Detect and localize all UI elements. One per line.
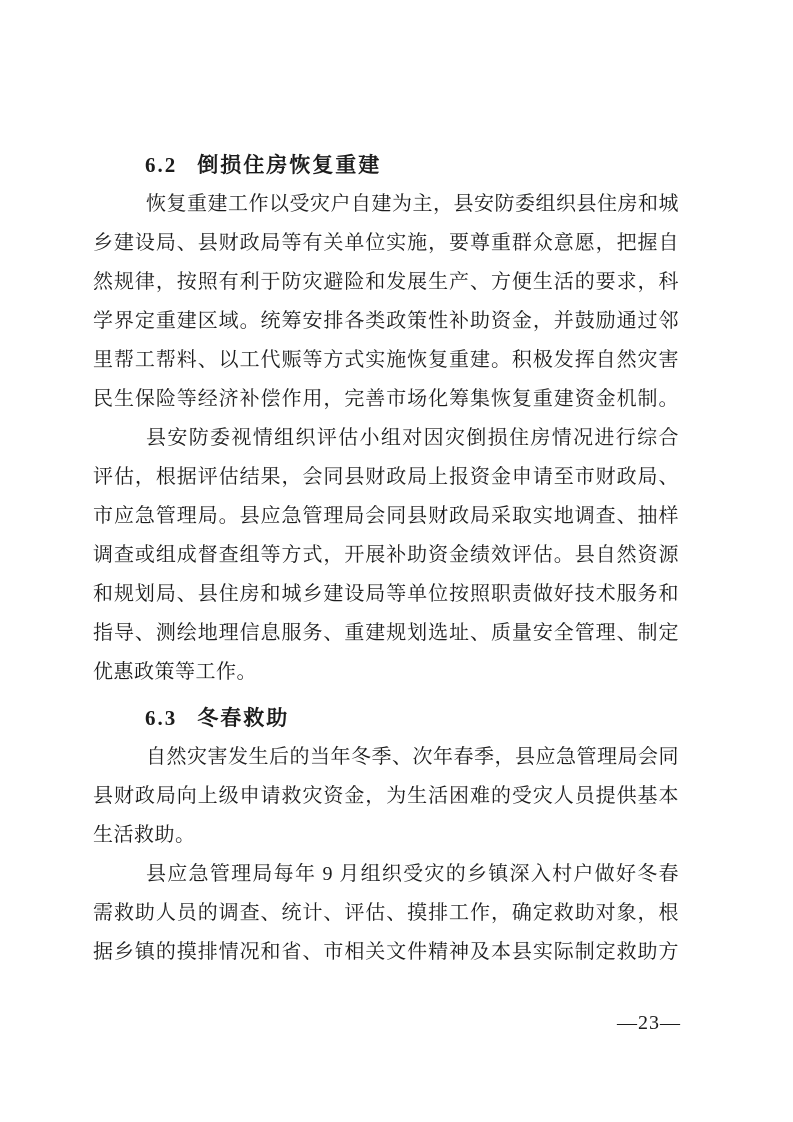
document-body: 6.2倒损住房恢复重建 恢复重建工作以受灾户自建为主，县安防委组织县住房和城 乡… — [93, 146, 679, 972]
section-title: 冬春救助 — [197, 706, 289, 730]
section-heading-6-2: 6.2倒损住房恢复重建 — [93, 146, 679, 185]
page-number: —23— — [617, 1008, 681, 1038]
section-heading-6-3: 6.3冬春救助 — [93, 699, 679, 738]
paragraph-line: 乡建设局、县财政局等有关单位实施，要尊重群众意愿，把握自 — [93, 224, 679, 263]
paragraph-line: 里帮工帮料、以工代赈等方式实施恢复重建。积极发挥自然灾害 — [93, 341, 679, 380]
paragraph-line: 县财政局向上级申请救灾资金，为生活困难的受灾人员提供基本 — [93, 777, 679, 816]
paragraph-line: 县应急管理局每年 9 月组织受灾的乡镇深入村户做好冬春 — [93, 855, 679, 894]
section-number: 6.2 — [145, 153, 177, 177]
paragraph-line: 优惠政策等工作。 — [93, 653, 679, 692]
paragraph: 县安防委视情组织评估小组对因灾倒损住房情况进行综合 评估，根据评估结果，会同县财… — [93, 419, 679, 692]
paragraph-line: 评估，根据评估结果，会同县财政局上报资金申请至市财政局、 — [93, 458, 679, 497]
paragraph-line: 指导、测绘地理信息服务、重建规划选址、质量安全管理、制定 — [93, 614, 679, 653]
paragraph-line: 民生保险等经济补偿作用，完善市场化筹集恢复重建资金机制。 — [93, 380, 679, 419]
section-title: 倒损住房恢复重建 — [197, 153, 381, 177]
paragraph: 县应急管理局每年 9 月组织受灾的乡镇深入村户做好冬春 需救助人员的调查、统计、… — [93, 855, 679, 972]
paragraph-line: 需救助人员的调查、统计、评估、摸排工作，确定救助对象，根 — [93, 894, 679, 933]
paragraph-line: 学界定重建区域。统筹安排各类政策性补助资金，并鼓励通过邻 — [93, 302, 679, 341]
section-number: 6.3 — [145, 706, 177, 730]
paragraph-line: 市应急管理局。县应急管理局会同县财政局采取实地调查、抽样 — [93, 497, 679, 536]
paragraph-line: 调查或组成督查组等方式，开展补助资金绩效评估。县自然资源 — [93, 536, 679, 575]
paragraph: 恢复重建工作以受灾户自建为主，县安防委组织县住房和城 乡建设局、县财政局等有关单… — [93, 185, 679, 419]
paragraph-line: 自然灾害发生后的当年冬季、次年春季，县应急管理局会同 — [93, 738, 679, 777]
document-page: 6.2倒损住房恢复重建 恢复重建工作以受灾户自建为主，县安防委组织县住房和城 乡… — [0, 0, 793, 1122]
paragraph-line: 生活救助。 — [93, 816, 679, 855]
paragraph-line: 据乡镇的摸排情况和省、市相关文件精神及本县实际制定救助方 — [93, 933, 679, 972]
paragraph-line: 恢复重建工作以受灾户自建为主，县安防委组织县住房和城 — [93, 185, 679, 224]
paragraph-line: 和规划局、县住房和城乡建设局等单位按照职责做好技术服务和 — [93, 575, 679, 614]
paragraph-line: 县安防委视情组织评估小组对因灾倒损住房情况进行综合 — [93, 419, 679, 458]
paragraph-line: 然规律，按照有利于防灾避险和发展生产、方便生活的要求，科 — [93, 263, 679, 302]
paragraph: 自然灾害发生后的当年冬季、次年春季，县应急管理局会同 县财政局向上级申请救灾资金… — [93, 738, 679, 855]
